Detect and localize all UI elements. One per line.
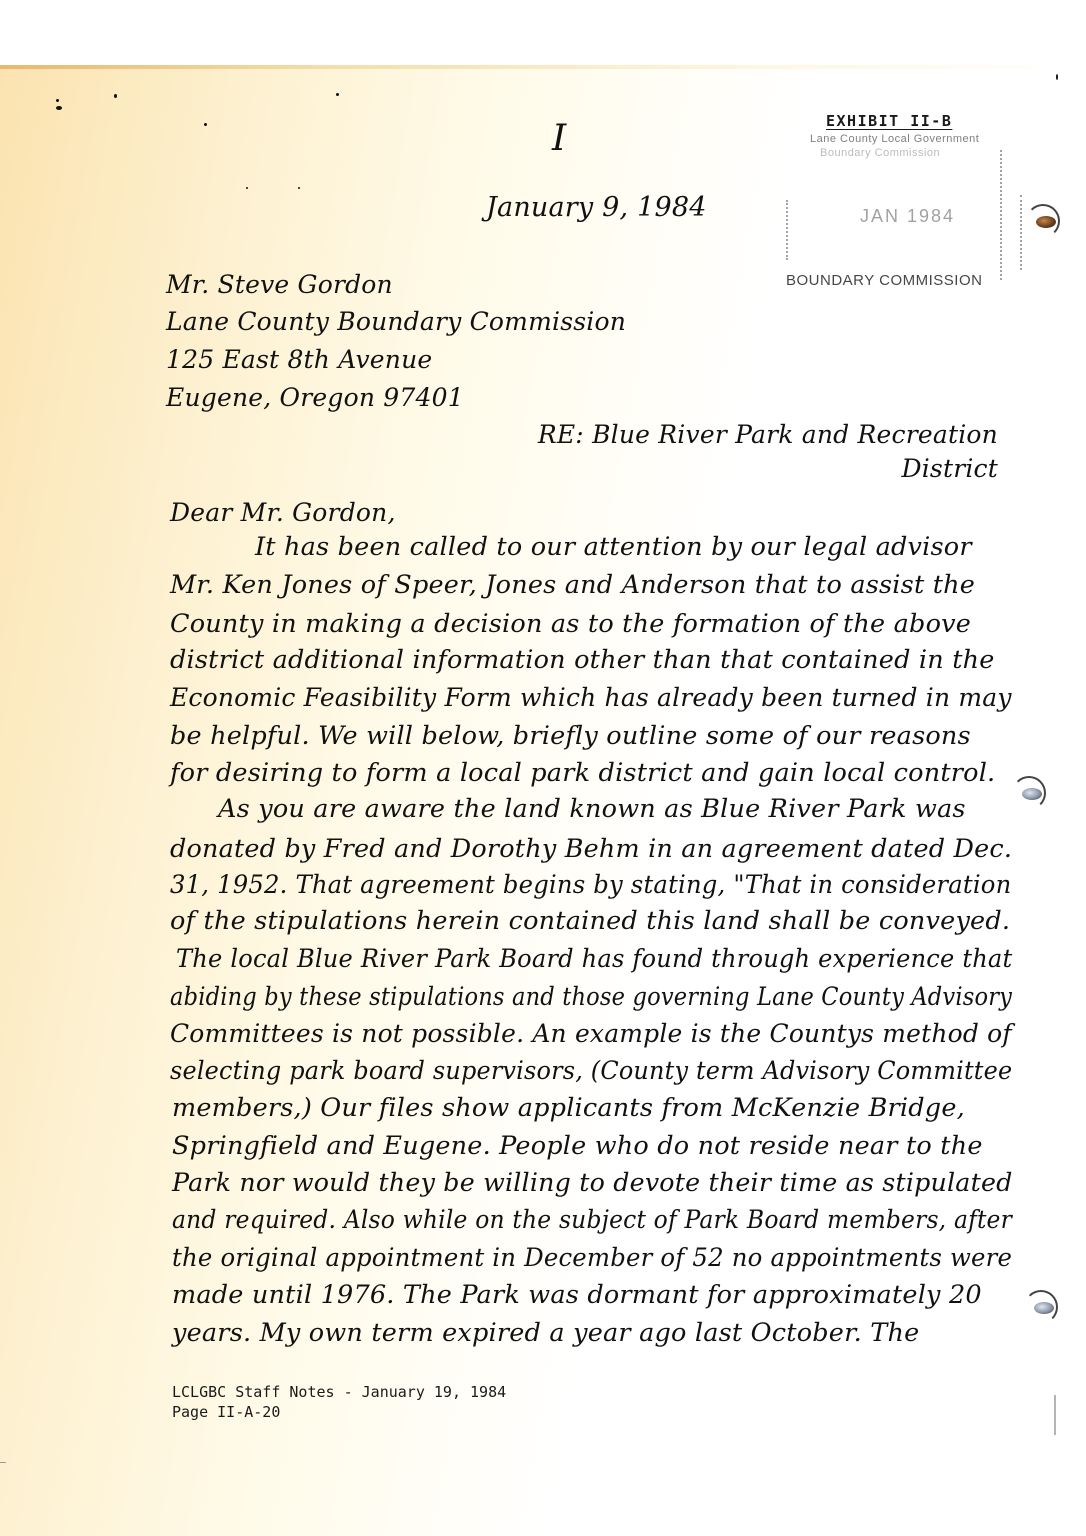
scan-speck: [246, 187, 248, 189]
body-line: donated by Fred and Dorothy Behm in an a…: [170, 834, 1012, 864]
footer-page-number: Page II-A-20: [172, 1402, 280, 1422]
body-line: years. My own term expired a year ago la…: [172, 1318, 919, 1348]
margin-mark: [1054, 1395, 1056, 1435]
body-line: of the stipulations herein contained thi…: [170, 906, 1010, 936]
page-top-edge: [0, 65, 1086, 69]
body-line: Park nor would they be willing to devote…: [172, 1168, 1013, 1198]
body-line: selecting park board supervisors, (Count…: [170, 1056, 1012, 1086]
body-line: the original appointment in December of …: [172, 1243, 1012, 1273]
stamp-border: [1000, 150, 1002, 280]
scan-speck: [298, 187, 300, 189]
punch-hole-icon: [1012, 776, 1046, 810]
body-line: and required. Also while on the subject …: [172, 1205, 1012, 1235]
scan-speck: [1056, 74, 1058, 80]
punch-hole-icon: [1024, 1290, 1058, 1324]
body-line: As you are aware the land known as Blue …: [218, 794, 966, 824]
body-line: 31, 1952. That agreement begins by stati…: [170, 870, 1011, 900]
body-line: County in making a decision as to the fo…: [170, 609, 971, 639]
stamp-border: [1020, 195, 1022, 270]
body-line: It has been called to our attention by o…: [255, 532, 972, 562]
body-line: Committees is not possible. An example i…: [170, 1019, 1012, 1049]
body-line: members,) Our files show applicants from…: [172, 1093, 965, 1123]
stamp-line-2: Boundary Commission: [820, 147, 940, 159]
punch-hole-icon: [1026, 204, 1060, 238]
recipient-org: Lane County Boundary Commission: [166, 305, 626, 339]
letter-date: January 9, 1984: [486, 192, 707, 223]
body-line: Mr. Ken Jones of Speer, Jones and Anders…: [170, 570, 975, 600]
stamp-line-1: Lane County Local Government: [810, 133, 979, 145]
body-line: Economic Feasibility Form which has alre…: [170, 683, 1012, 713]
recipient-city: Eugene, Oregon 97401: [166, 381, 464, 415]
recipient-name: Mr. Steve Gordon: [166, 268, 393, 302]
scan-speck: [204, 123, 207, 126]
body-line: Springfield and Eugene. People who do no…: [172, 1131, 983, 1161]
page-marker: I: [552, 118, 566, 159]
subject-line-1: RE: Blue River Park and Recreation: [538, 418, 998, 452]
stamp-org: BOUNDARY COMMISSION: [786, 272, 982, 289]
stamp-date: JAN 1984: [860, 206, 955, 227]
margin-mark: [0, 1462, 6, 1463]
subject-line-2: District: [901, 452, 998, 486]
body-line: for desiring to form a local park distri…: [170, 758, 995, 788]
salutation: Dear Mr. Gordon,: [170, 498, 396, 527]
stamp-border: [786, 200, 788, 260]
body-line: be helpful. We will below, briefly outli…: [170, 721, 971, 751]
scan-speck: [56, 106, 62, 110]
body-line: abiding by these stipulations and those …: [170, 982, 1012, 1012]
body-line: made until 1976. The Park was dormant fo…: [172, 1280, 982, 1310]
body-line: The local Blue River Park Board has foun…: [176, 944, 1012, 974]
scan-speck: [56, 99, 59, 102]
scan-speck: [114, 94, 117, 98]
body-line: district additional information other th…: [170, 645, 995, 675]
exhibit-label: EXHIBIT II-B: [826, 112, 952, 130]
scan-speck: [336, 93, 339, 96]
recipient-street: 125 East 8th Avenue: [166, 343, 432, 377]
footer-staff-notes: LCLGBC Staff Notes - January 19, 1984: [172, 1382, 506, 1402]
